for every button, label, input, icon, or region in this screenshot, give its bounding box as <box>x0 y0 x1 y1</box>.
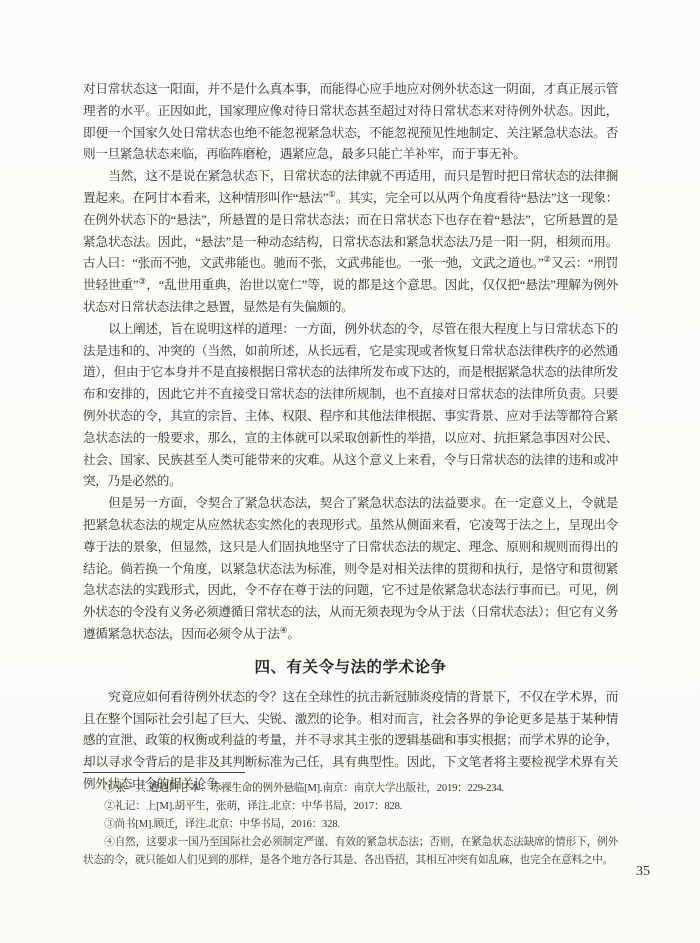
document-page: 对日常状态这一阳面，并不是什么真本事，而能得心应手地应对例外状态这一阴面，才真正… <box>0 0 700 943</box>
footnote-item: ②礼记：上[M].胡平生，张萌，译注.北京：中华书局，2017：828. <box>83 798 618 816</box>
page-number: 35 <box>636 864 650 880</box>
paragraph: 对日常状态这一阳面，并不是什么真本事，而能得心应手地应对例外状态这一阴面，才真正… <box>83 79 618 166</box>
footnote-marker: ② <box>104 801 114 812</box>
section-heading: 四、有关令与法的学术论争 <box>83 655 618 677</box>
paragraph: 当然，这不是说在紧急状态下，日常状态的法律就不再适用，而只是暂时把日常状态的法律… <box>83 166 618 319</box>
footnote-item: ④自然，这要求一国乃至国际社会必须制定严谨、有效的紧急状态法；否则，在紧急状态法… <box>83 834 618 870</box>
paragraph: 以上阐述，旨在说明这样的道理：一方面，例外状态的令，尽管在很大程度上与日常状态下… <box>83 319 618 493</box>
footnote-marker: ④ <box>104 837 115 848</box>
footnote-list: ①张一兵.遭遇阿甘本：赤裸生命的例外悬临[M].南京：南京大学出版社，2019：… <box>83 780 618 870</box>
footnote-ref: ① <box>328 189 336 199</box>
footnote-ref: ③ <box>138 276 146 286</box>
footnote-ref: ② <box>543 254 551 264</box>
footnote-ref: ④ <box>280 625 288 635</box>
paragraph: 但是另一方面，令契合了紧急状态法，契合了紧急状态法的法益要求。在一定意义上，令就… <box>83 493 618 646</box>
text-column: 对日常状态这一阳面，并不是什么真本事，而能得心应手地应对例外状态这一阴面，才真正… <box>83 79 618 796</box>
footnote-marker: ① <box>104 783 114 794</box>
footnote-separator <box>83 772 245 773</box>
footnote-item: ③尚书[M].顾迁，译注.北京：中华书局，2016：328. <box>83 816 618 834</box>
footnote-marker: ③ <box>104 819 114 830</box>
footnotes-section: ①张一兵.遭遇阿甘本：赤裸生命的例外悬临[M].南京：南京大学出版社，2019：… <box>83 772 618 870</box>
footnote-item: ①张一兵.遭遇阿甘本：赤裸生命的例外悬临[M].南京：南京大学出版社，2019：… <box>83 780 618 798</box>
